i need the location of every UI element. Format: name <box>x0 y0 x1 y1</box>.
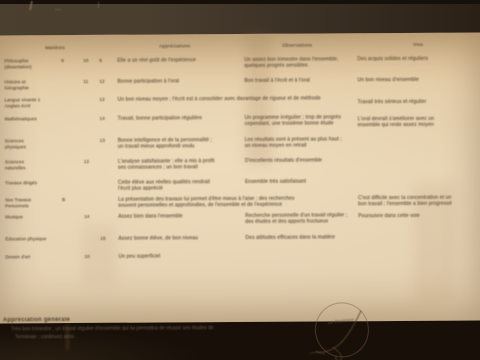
subject-label: Ses TravauxPersonnels <box>5 197 107 209</box>
column-header: Matières <box>45 45 65 51</box>
appreciation-text: L'analyse satisfaisante ; elle a mis à p… <box>118 158 232 171</box>
grade-value: 14 <box>100 116 105 122</box>
column-header: Observations <box>282 43 312 49</box>
appreciation-text: Bon travail à l'écrit et à l'oral <box>244 77 352 84</box>
appreciation-text: Des acquis solides et réguliers <box>357 56 455 63</box>
document-paper: MatièresAppréciationsObservationsVisaPhi… <box>0 32 480 323</box>
appreciation-text: Un bon niveau d'ensemble <box>357 77 455 84</box>
appreciation-text: Poursuivre dans cette voie <box>358 213 456 220</box>
subject-label: Histoire etGéographie <box>4 79 106 91</box>
appreciation-text: Cette élève aux réelles qualités rendrai… <box>118 179 232 192</box>
appreciation-text: Des attitudes efficaces dans la matière <box>245 234 353 241</box>
general-appreciation-title: Appréciation générale <box>3 317 70 323</box>
grade-value: 15 <box>100 236 105 242</box>
appreciation-text: Ensemble très satisfaisant <box>245 178 353 185</box>
grade-value: B <box>62 197 65 203</box>
appreciation-text: Un assez bon trimestre dans l'ensemble,q… <box>244 56 352 69</box>
grade-value: 13 <box>100 138 105 144</box>
grade-value: 12 <box>84 159 89 165</box>
video-frame: MatièresAppréciationsObservationsVisaPhi… <box>0 0 480 360</box>
signature <box>295 291 385 360</box>
appreciation-text: L'oral devrait s'améliorer avec unensemb… <box>358 116 456 129</box>
grade-value: 14 <box>84 214 89 220</box>
appreciation-text: C'est difficile avec la concentration et… <box>358 195 456 208</box>
appreciation-text: Assez bien dans l'ensemble <box>118 213 232 220</box>
film-scratch <box>55 9 61 10</box>
column-header: Visa <box>413 42 423 48</box>
column-header: Appréciations <box>159 43 190 49</box>
appreciation-text: Bonne participation à l'oral <box>117 78 231 85</box>
appreciation-text: Travail très sérieux et régulier <box>358 99 456 106</box>
appreciation-text: Les résultats sont à présent au plus hau… <box>245 136 353 149</box>
appreciation-text: D'excellents résultats d'ensemble <box>245 157 353 164</box>
grade-value: 11 <box>83 79 88 85</box>
grade-value: 12 <box>99 79 104 85</box>
appreciation-text: Un peu superficiel <box>118 253 232 260</box>
grade-value: 9 <box>61 58 64 64</box>
film-scratch <box>98 2 99 8</box>
grade-value: 10 <box>84 254 89 260</box>
appreciation-text: Bonne intelligence et de la personnalité… <box>118 137 232 150</box>
grade-value: 10 <box>83 58 88 64</box>
subject-label: Dessin d'art <box>5 254 107 260</box>
subject-label: Mathématiques <box>5 116 107 122</box>
subject-label: Sciencesnaturelles <box>5 159 107 171</box>
appreciation-text: Elle a un réel goût de l'expérience <box>117 57 231 64</box>
appreciation-text: Un programme irrégulier ; trop de progrè… <box>245 114 353 127</box>
subject-label: Travaux dirigés <box>5 180 107 186</box>
appreciation-text: Travail, bonne participation régulière <box>118 115 232 122</box>
subject-label: Sciencesphysiques <box>5 138 107 150</box>
subject-label: Philosophie(dissertation) <box>4 58 106 70</box>
general-appreciation-line: Terminale ; continuez ainsi. <box>15 334 135 341</box>
film-scratch <box>29 1 33 10</box>
subject-label: Musique <box>5 214 107 220</box>
appreciation-text: Recherche personnelle d'un travail régul… <box>245 212 353 225</box>
subject-label: Langue vivante 1Anglais écrit <box>5 97 107 109</box>
appreciation-text: Assez bonne élève, de bon niveau <box>118 235 232 242</box>
appreciation-text: Un bon niveau moyen ; l'écrit est à cons… <box>118 95 354 102</box>
grade-value: 8 <box>99 58 102 64</box>
subject-label: Éducation physique <box>5 236 107 242</box>
appreciation-text: La présentation des travaux lui permet d… <box>118 195 354 208</box>
grade-value: 12 <box>100 97 105 103</box>
